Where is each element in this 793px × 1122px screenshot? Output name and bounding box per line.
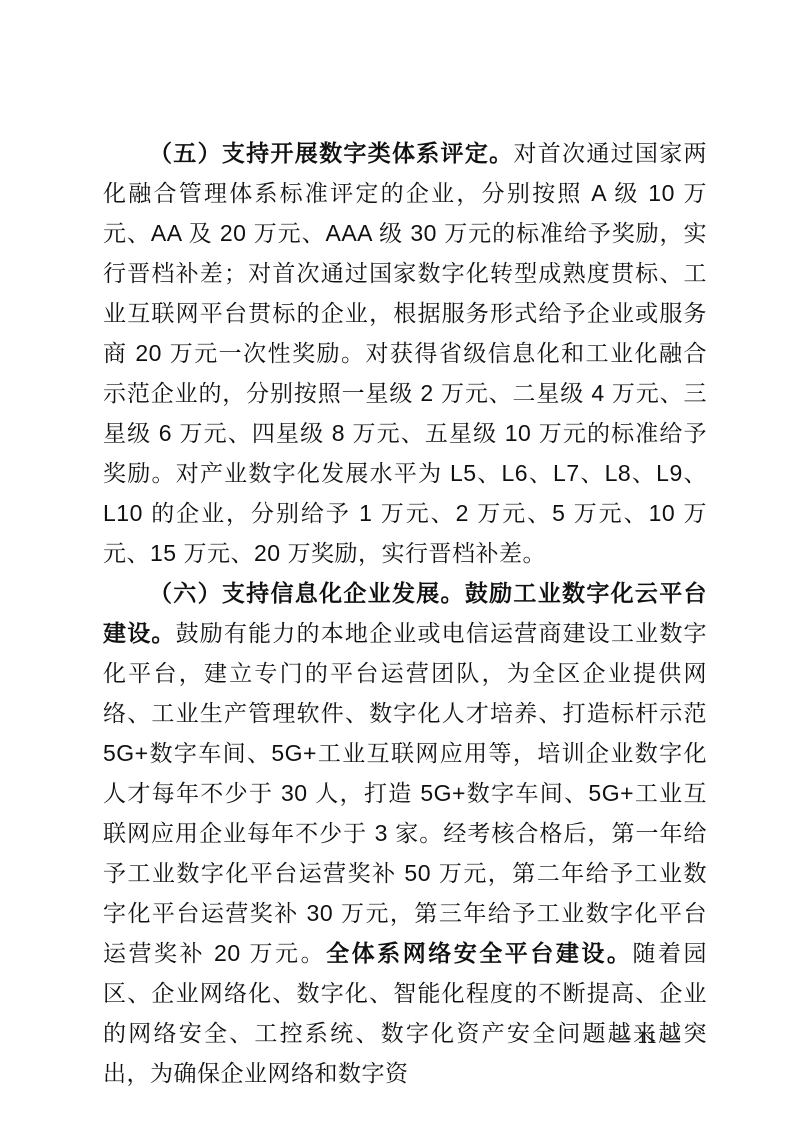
document-page: （五）支持开展数字类体系评定。对首次通过国家两化融合管理体系标准评定的企业，分别… <box>0 0 793 1122</box>
document-body: （五）支持开展数字类体系评定。对首次通过国家两化融合管理体系标准评定的企业，分别… <box>103 133 707 1093</box>
section-5-heading: （五）支持开展数字类体系评定。 <box>149 140 513 166</box>
section-6-subheading: 全体系网络安全平台建设。 <box>326 940 632 966</box>
section-5-text: 对首次通过国家两化融合管理体系标准评定的企业，分别按照 A 级 10 万元、AA… <box>103 140 707 566</box>
paragraph-section-6: （六）支持信息化企业发展。鼓励工业数字化云平台建设。鼓励有能力的本地企业或电信运… <box>103 573 707 1093</box>
section-6-text-1: 鼓励有能力的本地企业或电信运营商建设工业数字化平台，建立专门的平台运营团队，为全… <box>103 620 707 966</box>
page-number: — 11 — <box>614 1028 681 1048</box>
paragraph-section-5: （五）支持开展数字类体系评定。对首次通过国家两化融合管理体系标准评定的企业，分别… <box>103 133 707 573</box>
